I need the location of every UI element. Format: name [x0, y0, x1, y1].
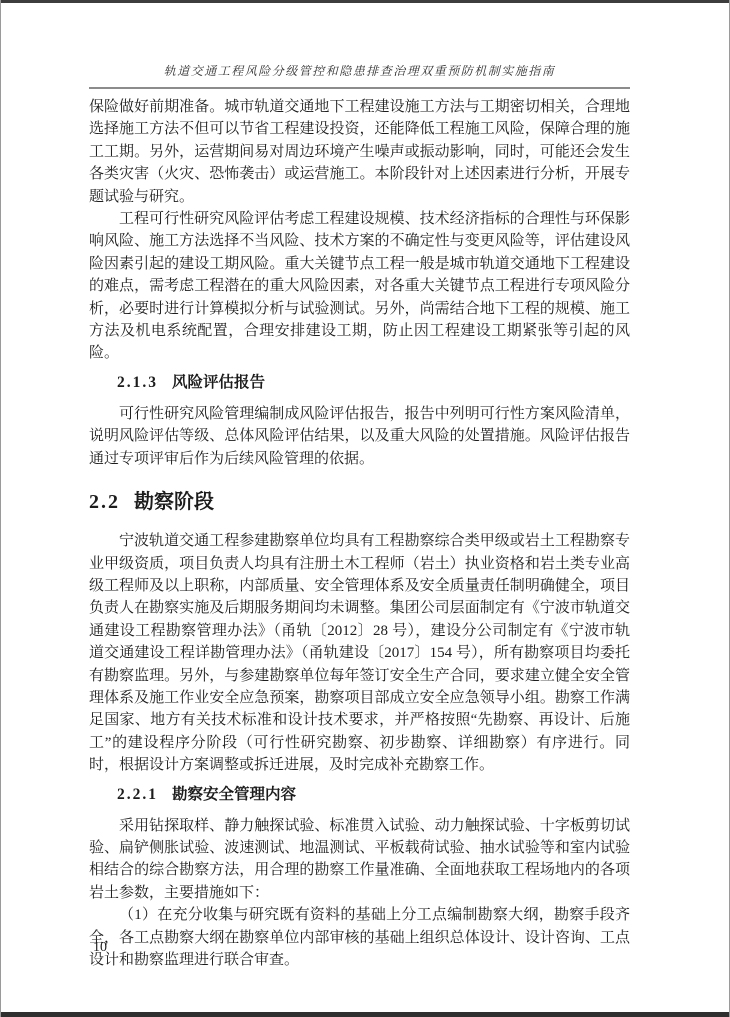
paragraph-survey-units-qualifications: 宁波轨道交通工程参建勘察单位均具有工程勘察综合类甲级或岩土工程勘察专业甲级资质，… [89, 530, 630, 776]
heading-2-2: 2.2勘察阶段 [89, 489, 630, 516]
document-body: 保险做好前期准备。城市轨道交通地下工程建设施工方法与工期密切相关，合理地选择施工… [89, 96, 630, 971]
heading-2-2-title: 勘察阶段 [134, 491, 214, 513]
page-bottom-edge [1, 1012, 729, 1017]
paragraph-measure-1: （1）在充分收集与研究既有资料的基础上分工点编制勘察大纲，勘察手段齐全，各工点勘… [89, 904, 630, 971]
header-rule [89, 87, 630, 89]
heading-2-1-3-title: 风险评估报告 [172, 374, 265, 391]
document-page: 轨道交通工程风险分级管控和隐患排查治理双重预防机制实施指南 保险做好前期准备。城… [0, 0, 730, 1017]
running-header-title: 轨道交通工程风险分级管控和隐患排查治理双重预防机制实施指南 [89, 62, 630, 80]
page-top-edge [1, 0, 729, 3]
heading-2-2-1-number: 2.2.1 [117, 786, 158, 803]
heading-2-1-3: 2.1.3风险评估报告 [117, 373, 630, 393]
paragraph-construction-period-risk: 保险做好前期准备。城市轨道交通地下工程建设施工方法与工期密切相关，合理地选择施工… [89, 96, 630, 208]
heading-2-1-3-number: 2.1.3 [117, 374, 158, 391]
paragraph-feasibility-risk-assessment: 工程可行性研究风险评估考虑工程建设规模、技术经济指标的合理性与环保影响风险、施工… [89, 208, 630, 365]
page-number: 10 [93, 940, 107, 956]
heading-2-2-number: 2.2 [89, 491, 120, 513]
paragraph-survey-methods: 采用钻探取样、静力触探试验、标准贯入试验、动力触探试验、十字板剪切试验、扁铲侧胀… [89, 815, 630, 905]
heading-2-2-1-title: 勘察安全管理内容 [172, 786, 296, 803]
heading-2-2-1: 2.2.1勘察安全管理内容 [117, 785, 630, 805]
paragraph-risk-assessment-report: 可行性研究风险管理编制成风险评估报告，报告中列明可行性方案风险清单，说明风险评估… [89, 403, 630, 470]
